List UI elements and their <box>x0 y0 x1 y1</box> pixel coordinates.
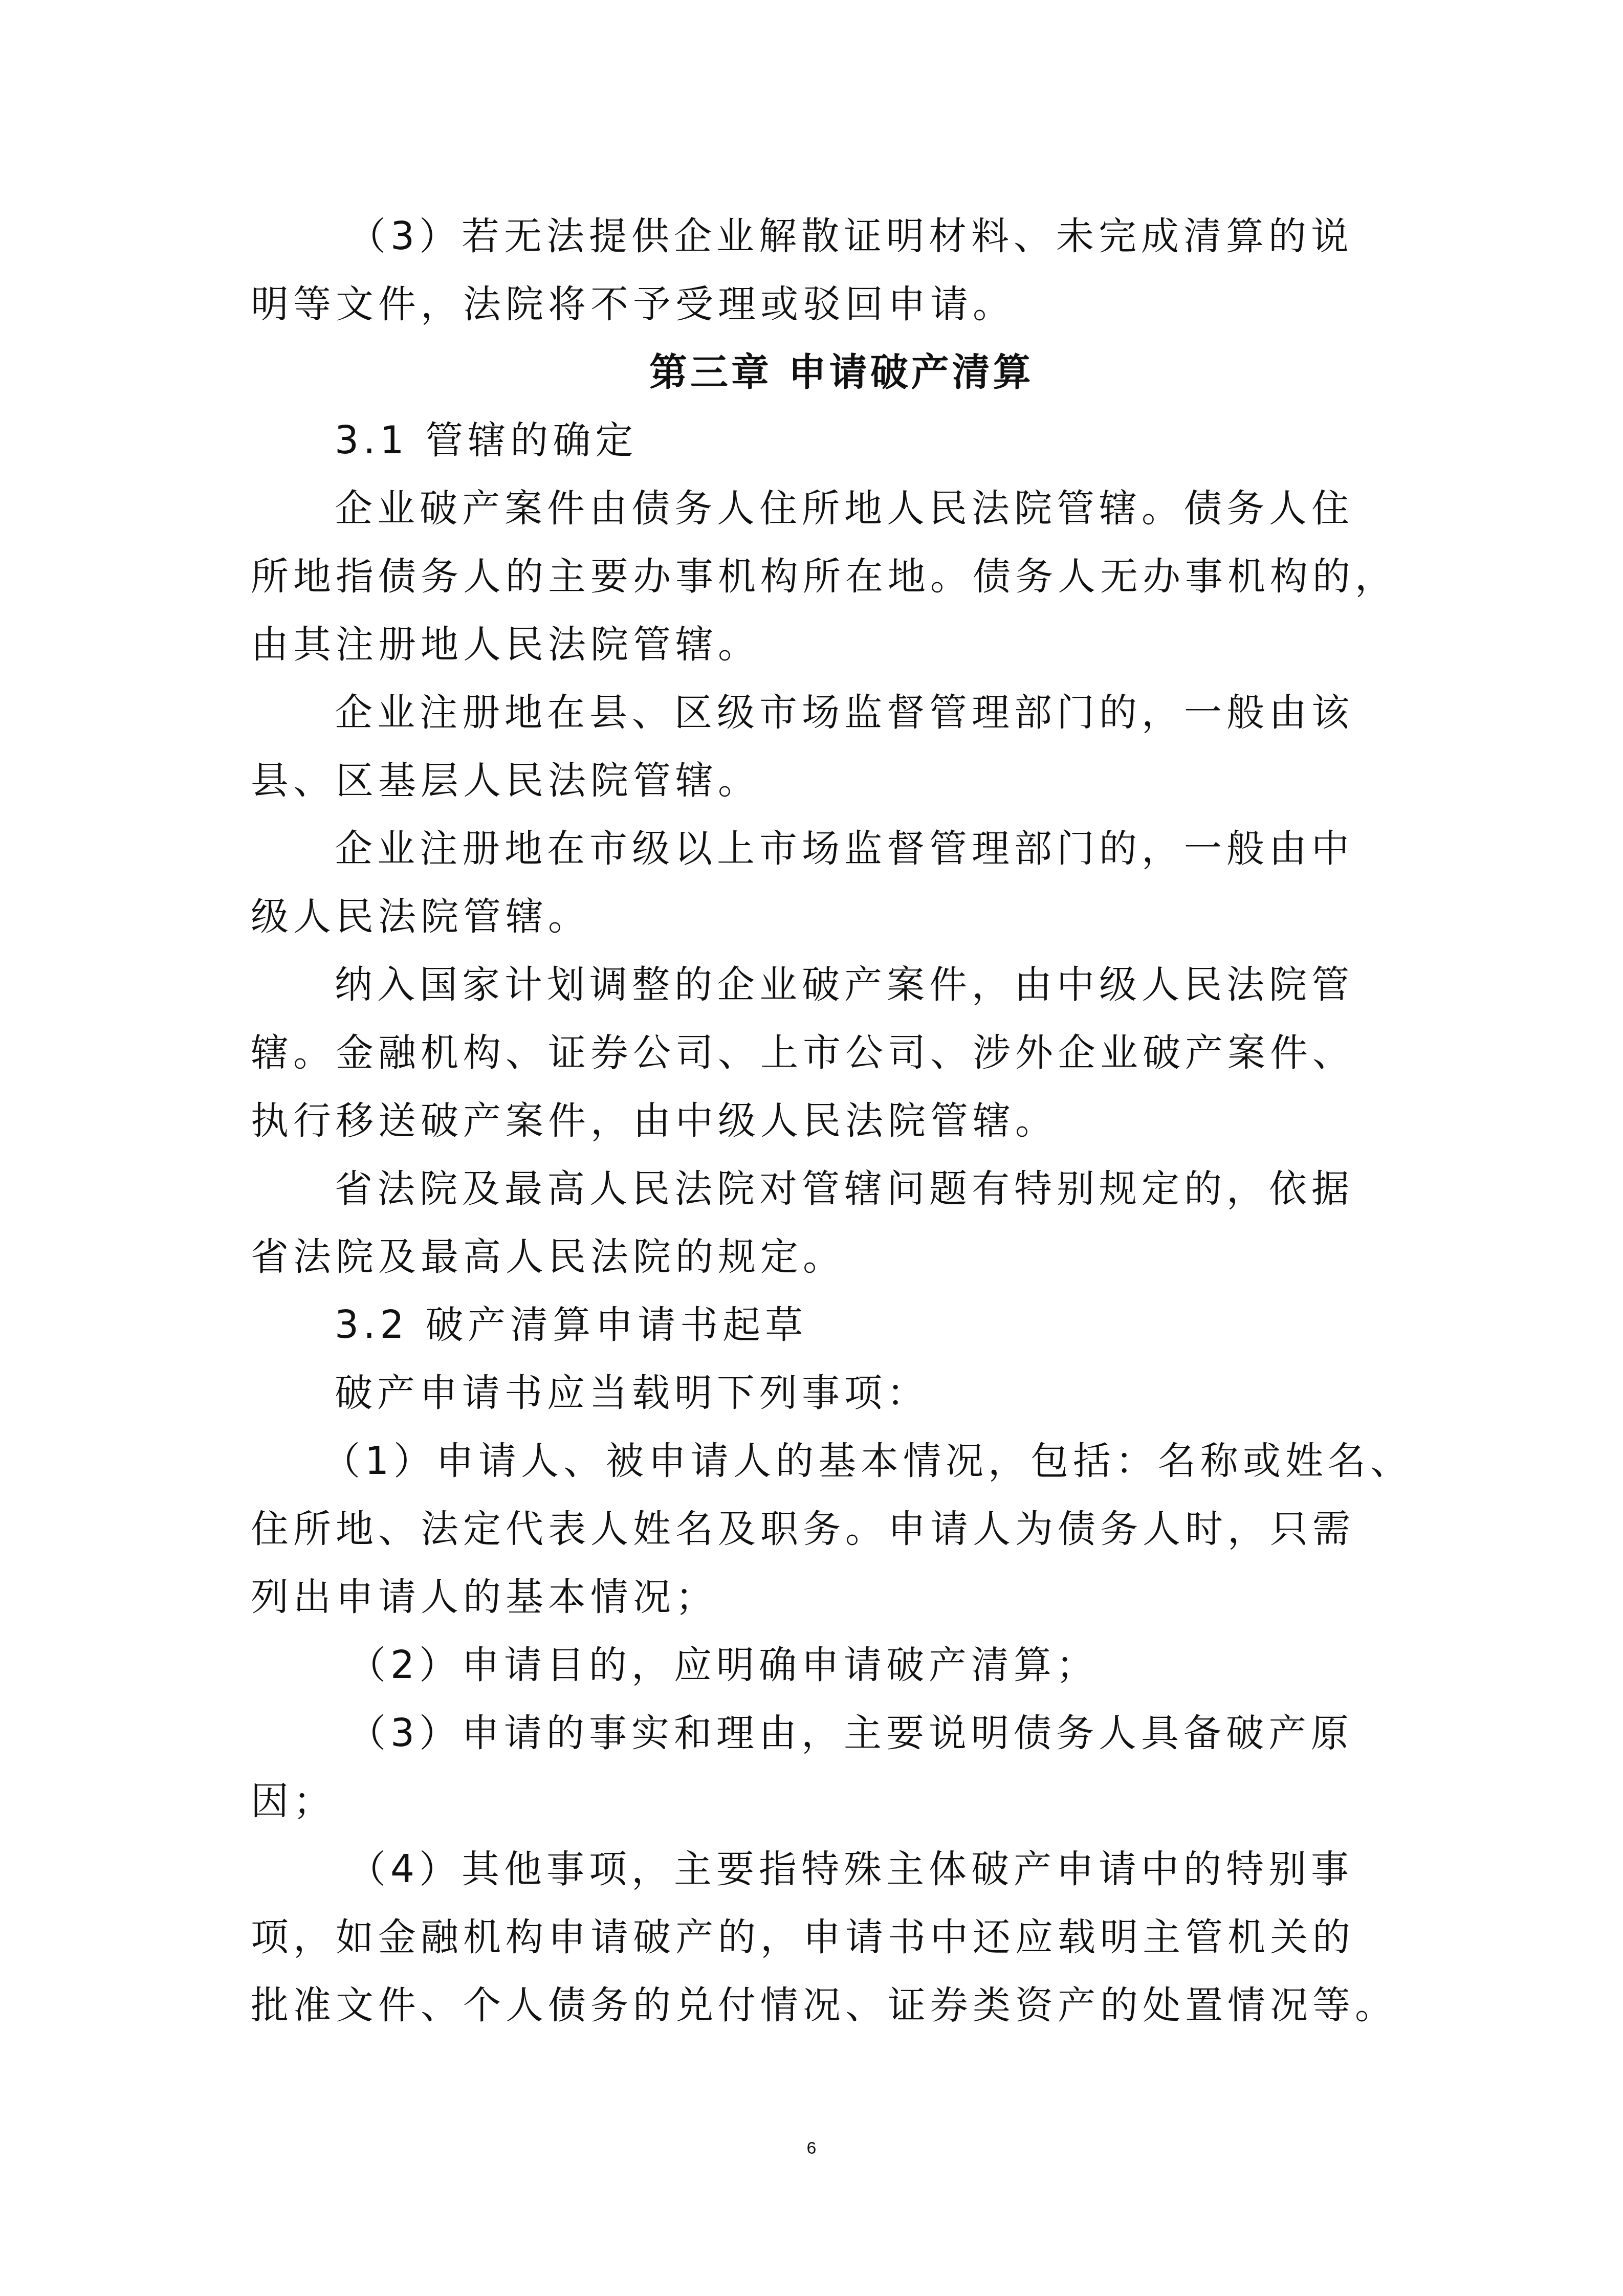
paragraph-text: 破产申请书应当载明下列事项： <box>251 1359 1402 1427</box>
paragraph-text: 企业注册地在县、区级市场监督管理部门的，一般由该 <box>251 679 1402 747</box>
paragraph-text: 省法院及最高人民法院对管辖问题有特别规定的，依据 <box>251 1155 1402 1223</box>
document-page: （3）若无法提供企业解散证明材料、未完成清算的说 明等文件，法院将不予受理或驳回… <box>0 0 1623 2296</box>
paragraph-text: 列出申请人的基本情况； <box>251 1563 1402 1631</box>
section-heading: 3.1 管辖的确定 <box>251 407 1402 475</box>
paragraph-text: 省法院及最高人民法院的规定。 <box>251 1223 1402 1291</box>
document-body: （3）若无法提供企业解散证明材料、未完成清算的说 明等文件，法院将不予受理或驳回… <box>251 203 1402 2040</box>
list-item-text: （3）若无法提供企业解散证明材料、未完成清算的说 <box>251 203 1402 271</box>
paragraph-text: 批准文件、个人债务的兑付情况、证券类资产的处置情况等。 <box>251 1972 1402 2040</box>
paragraph-text: 企业注册地在市级以上市场监督管理部门的，一般由中 <box>251 815 1402 883</box>
paragraph-text: 辖。金融机构、证券公司、上市公司、涉外企业破产案件、 <box>251 1019 1402 1087</box>
list-item-text: （2）申请目的，应明确申请破产清算； <box>251 1631 1402 1699</box>
paragraph-text: 执行移送破产案件，由中级人民法院管辖。 <box>251 1087 1402 1155</box>
section-heading: 3.2 破产清算申请书起草 <box>251 1291 1402 1359</box>
paragraph-text: 纳入国家计划调整的企业破产案件，由中级人民法院管 <box>251 951 1402 1019</box>
paragraph-text: 因； <box>251 1768 1402 1836</box>
list-item-text: （4）其他事项，主要指特殊主体破产申请中的特别事 <box>251 1836 1402 1904</box>
paragraph-text: 所地指债务人的主要办事机构所在地。债务人无办事机构的， <box>251 543 1402 611</box>
list-item-text: （3）申请的事实和理由，主要说明债务人具备破产原 <box>251 1699 1402 1768</box>
paragraph-text: 项，如金融机构申请破产的，申请书中还应载明主管机关的 <box>251 1904 1402 1972</box>
list-item-text: （1）申请人、被申请人的基本情况，包括：名称或姓名、 <box>251 1427 1402 1495</box>
paragraph-text: 企业破产案件由债务人住所地人民法院管辖。债务人住 <box>251 475 1402 543</box>
paragraph-text: 住所地、法定代表人姓名及职务。申请人为债务人时，只需 <box>251 1495 1402 1563</box>
paragraph-text: 明等文件，法院将不予受理或驳回申请。 <box>251 271 1402 339</box>
paragraph-text: 县、区基层人民法院管辖。 <box>251 747 1402 815</box>
page-number: 6 <box>0 2138 1623 2158</box>
chapter-heading: 第三章 申请破产清算 <box>251 339 1402 407</box>
paragraph-text: 由其注册地人民法院管辖。 <box>251 611 1402 679</box>
paragraph-text: 级人民法院管辖。 <box>251 883 1402 951</box>
